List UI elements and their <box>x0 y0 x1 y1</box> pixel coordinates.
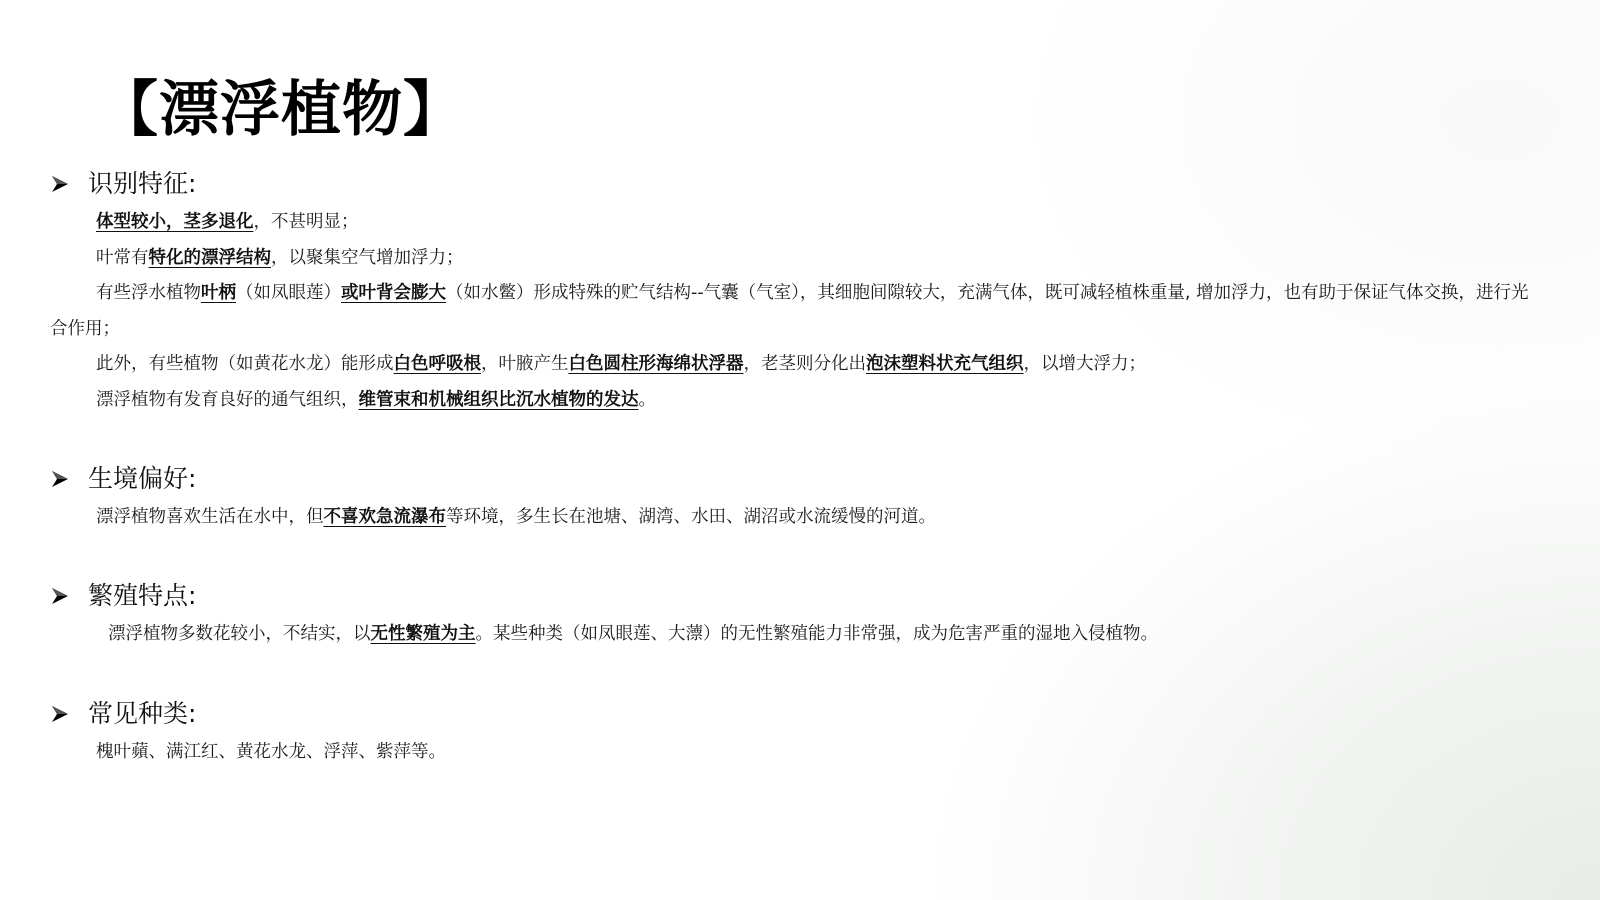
text: 叶常有 <box>96 248 149 268</box>
section-heading-text: 识别特征: <box>88 167 196 201</box>
paragraph: 有些浮水植物叶柄（如凤眼莲）或叶背会膨大（如水鳖）形成特殊的贮气结构--气囊（气… <box>50 276 1530 347</box>
paragraph: 漂浮植物多数花较小，不结实，以无性繁殖为主。某些种类（如凤眼莲、大薸）的无性繁殖… <box>50 617 1560 653</box>
arrowhead-bullet-icon <box>50 174 70 194</box>
underlined-text: 叶柄 <box>201 283 236 303</box>
text: ，不甚明显； <box>254 212 359 232</box>
section-heading-text: 常见种类: <box>88 697 196 731</box>
paragraph: 此外，有些植物（如黄花水龙）能形成白色呼吸根，叶腋产生白色圆柱形海绵状浮器，老茎… <box>50 347 1560 383</box>
text: 漂浮植物多数花较小，不结实，以 <box>108 624 371 644</box>
underlined-text: 白色圆柱形海绵状浮器 <box>569 354 744 374</box>
section-heading-text: 生境偏好: <box>88 462 196 496</box>
paragraph: 叶常有特化的漂浮结构，以聚集空气增加浮力； <box>50 241 1560 277</box>
underlined-text: 不喜欢急流瀑布 <box>324 507 447 527</box>
text: 槐叶蘋、满江红、黄花水龙、浮萍、紫萍等。 <box>96 742 446 762</box>
paragraph: 漂浮植物有发育良好的通气组织，维管束和机械组织比沉水植物的发达。 <box>50 383 1560 419</box>
section-heading: 生境偏好: <box>50 462 1560 496</box>
text: 此外，有些植物（如黄花水龙）能形成 <box>96 354 394 374</box>
paragraph: 漂浮植物喜欢生活在水中，但不喜欢急流瀑布等环境，多生长在池塘、湖湾、水田、湖沼或… <box>50 500 1560 536</box>
underlined-text: 白色呼吸根 <box>394 354 482 374</box>
section-habitat: 生境偏好: 漂浮植物喜欢生活在水中，但不喜欢急流瀑布等环境，多生长在池塘、湖湾、… <box>50 462 1560 536</box>
underlined-text: 维管束和机械组织比沉水植物的发达 <box>359 390 639 410</box>
section-reproduction: 繁殖特点: 漂浮植物多数花较小，不结实，以无性繁殖为主。某些种类（如凤眼莲、大薸… <box>50 579 1560 653</box>
section-heading: 常见种类: <box>50 697 1560 731</box>
underlined-text: 特化的漂浮结构 <box>149 248 272 268</box>
paragraph: 槐叶蘋、满江红、黄花水龙、浮萍、紫萍等。 <box>50 735 1560 771</box>
text: ，以增大浮力； <box>1024 354 1147 374</box>
underlined-text: 体型较小，茎多退化 <box>96 212 254 232</box>
paragraph: 体型较小，茎多退化，不甚明显； <box>50 205 1560 241</box>
text: 漂浮植物有发育良好的通气组织， <box>96 390 359 410</box>
slide: 【漂浮植物】 识别特征: 体型较小，茎多退化，不甚明显； 叶常有特化的漂浮结构，… <box>0 0 1600 900</box>
text: ，老茎则分化出 <box>744 354 867 374</box>
underlined-text: 泡沫塑料状充气组织 <box>866 354 1024 374</box>
text: ，以聚集空气增加浮力； <box>271 248 464 268</box>
section-heading: 识别特征: <box>50 167 1560 201</box>
section-heading-text: 繁殖特点: <box>88 579 196 613</box>
arrowhead-bullet-icon <box>50 586 70 606</box>
section-identification: 识别特征: 体型较小，茎多退化，不甚明显； 叶常有特化的漂浮结构，以聚集空气增加… <box>50 167 1560 418</box>
page-title: 【漂浮植物】 <box>98 72 464 148</box>
text: 。某些种类（如凤眼莲、大薸）的无性繁殖能力非常强，成为危害严重的湿地入侵植物。 <box>476 624 1159 644</box>
text: 漂浮植物喜欢生活在水中，但 <box>96 507 324 527</box>
text: 。 <box>639 390 657 410</box>
section-heading: 繁殖特点: <box>50 579 1560 613</box>
arrowhead-bullet-icon <box>50 469 70 489</box>
text: ，叶腋产生 <box>481 354 569 374</box>
underlined-text: 无性繁殖为主 <box>371 624 476 644</box>
underlined-text: 或叶背会膨大 <box>341 283 446 303</box>
text: 等环境，多生长在池塘、湖湾、水田、湖沼或水流缓慢的河道。 <box>446 507 936 527</box>
section-common-species: 常见种类: 槐叶蘋、满江红、黄花水龙、浮萍、紫萍等。 <box>50 697 1560 771</box>
arrowhead-bullet-icon <box>50 704 70 724</box>
text: （如凤眼莲） <box>236 283 341 303</box>
text: 有些浮水植物 <box>96 283 201 303</box>
